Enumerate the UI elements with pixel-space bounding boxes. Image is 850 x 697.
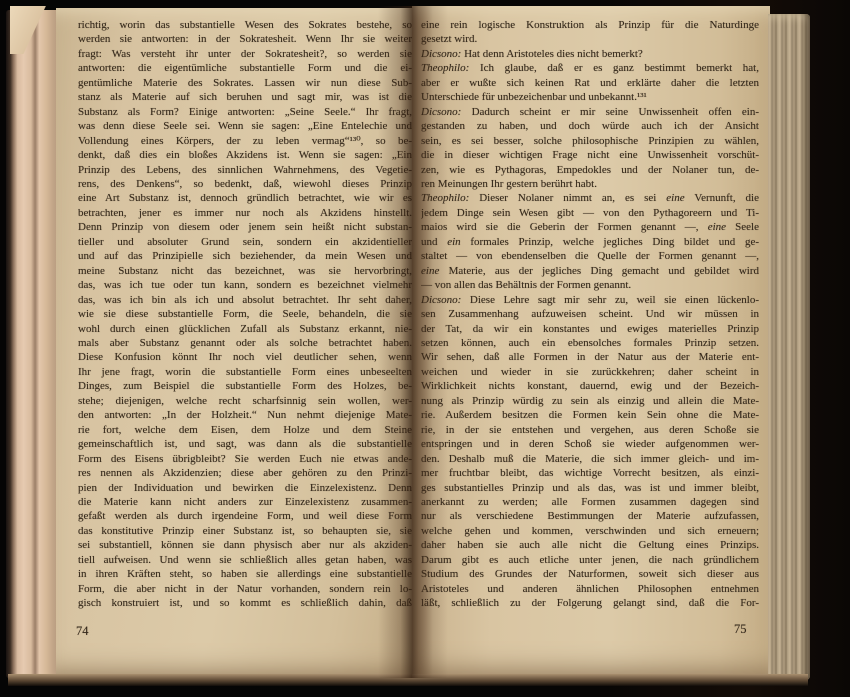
text-line: Dicsono: Diese Lehre sagt mir sehr zu, w… (421, 293, 759, 307)
bottom-page-edge (8, 674, 808, 686)
text-line: zen, wie es Pythagoras, Empedokles und d… (421, 163, 759, 177)
text-line: Dinges, zum Beispiel die substantielle F… (78, 379, 412, 393)
text-line: mer fruchtbar bleibt, das wichtige Vorre… (421, 466, 759, 480)
text-line: was denn diese Seele sei. Wenn sie sagen… (78, 119, 412, 133)
text-line: den. Deshalb muß die Materie, die sich i… (421, 452, 759, 466)
text-line: pien der Individuation und bewirken die … (78, 481, 412, 495)
text-line: fragt: Was versteht ihr unter der Sokrat… (78, 47, 412, 61)
text-line: anerkannt zu werden; alle Formen zusamme… (421, 495, 759, 509)
text-line: mals aber Substanz genannt oder als solc… (78, 336, 412, 350)
text-line: Darum gibt es auch etliche unter jenen, … (421, 553, 759, 567)
text-line: antworten: die eigentümliche substantiel… (78, 61, 412, 75)
text-line: rie. Außerdem besitzen die Formen kein S… (421, 408, 759, 422)
text-line: res nennen als Akzidenzien; diese aber g… (78, 466, 412, 480)
text-line: ges substantielles Prinzip und als das, … (421, 481, 759, 495)
right-page: eine rein logische Konstruktion als Prin… (412, 6, 770, 676)
text-line: maios wird sie die Geberin der Formen ge… (421, 220, 759, 234)
text-line: entspringen und in deren Schoß sie wiede… (421, 437, 759, 451)
text-line: Vollendung eines Körpers, der zu leben v… (78, 134, 412, 148)
left-page: richtig, worin das substantielle Wesen d… (56, 8, 412, 676)
text-line: weichen und wieder in sie zurückkehren; … (421, 365, 759, 379)
text-line: rie, in der sie entstehen und vergehen, … (421, 423, 759, 437)
text-line: das konstitutive Prinzip einer Substanz … (78, 524, 412, 538)
text-line: Diese Konfusion könnt Ihr noch viel deut… (78, 350, 412, 364)
text-line: sei substantiell, können sie dann physis… (78, 538, 412, 552)
text-line: das, was ich bin als ich und absolut bet… (78, 293, 412, 307)
text-line: Theophilo: Dieser Nolaner nimmt an, es s… (421, 191, 759, 205)
text-line: meine Substanz nicht das bezeichnet, was… (78, 264, 412, 278)
text-line: Wirklichkeit nichts konstant, dauernd, e… (421, 379, 759, 393)
text-line: Prinzip des Lebens, des sinnlichen Wahrn… (78, 163, 412, 177)
text-line: gemeinschaftlich ist, und sagt, was dann… (78, 437, 412, 451)
text-line: Denn Prinzip von diesem oder jenem sein … (78, 220, 412, 234)
text-line: rie fort, welche dem Eisen, dem Holze un… (78, 423, 412, 437)
text-line: Studium des Grundes der Naturformen, sow… (421, 567, 759, 581)
text-line: werden sie antworten: in der Sokrateshei… (78, 32, 412, 46)
text-line: nur als verschiedene Bestimmungen der Ma… (421, 509, 759, 523)
right-page-number: 75 (734, 622, 747, 637)
text-line: läßt, schließlich zu der Folgerung gelan… (421, 596, 759, 610)
text-line: in ihren Kräften steht, so haben sie all… (78, 567, 412, 581)
text-line: und auf das Prinzipielle sich beziehende… (78, 249, 412, 263)
left-page-number: 74 (76, 624, 89, 639)
text-line: stehe; diejenigen, welche recht scharfsi… (78, 394, 412, 408)
text-line: gentümliche Materie des Sokrates. Lassen… (78, 76, 412, 90)
text-line: rens, des Denkens“, so bedenkt, daß, wie… (78, 177, 412, 191)
text-line: den antworten: „In der Holzheit.“ Nun ne… (78, 408, 412, 422)
text-line: sen Zusammenhang aufzuweisen scheint. Un… (421, 307, 759, 321)
text-line: nung als Prinzip würdig zu sein als einz… (421, 394, 759, 408)
text-line: stanz als Materie auf sich beruhen und s… (78, 90, 412, 104)
text-line: gestanden zu haben, und doch würde auch … (421, 119, 759, 133)
text-line: Substanz als Form? Einige antworten: „Se… (78, 105, 412, 119)
text-line: Unterschiede für unbezeichenbar und unbe… (421, 90, 759, 104)
text-line: Aristoteles und anderen ähnlichen Philos… (421, 582, 759, 596)
text-line: aber er wußte sich keinen Rat und erklär… (421, 76, 759, 90)
text-line: Dicsono: Dadurch scheint er mir seine Un… (421, 105, 759, 119)
text-line: tieller und absoluter Grund sein, sonder… (78, 235, 412, 249)
text-line: — von allen das Behältnis der Formen gen… (421, 278, 759, 292)
text-line: setzen können, auch ein ebensolches form… (421, 336, 759, 350)
fore-edge-pages (768, 14, 810, 680)
text-line: welche gehen und kommen, verschwinden un… (421, 524, 759, 538)
text-line: daher haben sie auch alle nicht die Gelt… (421, 538, 759, 552)
text-line: Form, die aber nicht in der Natur vorhan… (78, 582, 412, 596)
text-line: betrachten, jener es immer nur noch als … (78, 206, 412, 220)
text-line: die Materie kann nicht anders zur Einzel… (78, 495, 412, 509)
left-page-text: richtig, worin das substantielle Wesen d… (78, 18, 412, 614)
text-line: sein, es sei besser, solche philosophisc… (421, 134, 759, 148)
text-line: gefaßt werden als durch irgendeine Form,… (78, 509, 412, 523)
text-line: Form des Eisens übrigbleibt? Sie werden … (78, 452, 412, 466)
text-line: Dicsono: Hat denn Aristoteles dies nicht… (421, 47, 759, 61)
text-line: eine rein logische Konstruktion als Prin… (421, 18, 759, 32)
text-line: jedem Dinge sein Wesen gibt — von den Py… (421, 206, 759, 220)
book-photo: richtig, worin das substantielle Wesen d… (0, 0, 850, 697)
text-line: der Tat, da wir ein konstantes und ewige… (421, 322, 759, 336)
right-page-text: eine rein logische Konstruktion als Prin… (421, 18, 759, 614)
text-line: richtig, worin das substantielle Wesen d… (78, 18, 412, 32)
text-line: ren Meinungen Ihr gestern berührt habt. (421, 177, 759, 191)
text-line: die in dieser wichtigen Frage nicht eine… (421, 148, 759, 162)
text-line: Ihr jene fragt, worin die substantielle … (78, 365, 412, 379)
text-line: Wir sehen, daß alle Formen in der Natur … (421, 350, 759, 364)
text-line: staltet — von ebendenselben die Quelle d… (421, 249, 759, 263)
text-line: und ein formales Prinzip, welche jeglich… (421, 235, 759, 249)
text-line: eine Materie, aus der jegliches Ding gem… (421, 264, 759, 278)
text-line: das, was ich tue oder tun kann, sondern … (78, 278, 412, 292)
text-line: gisch konstruiert ist, und so kommt es s… (78, 596, 412, 610)
text-line: wohl durch einen glücklichen Zufall als … (78, 322, 412, 336)
text-line: wie sie diese substantielle Form, die Se… (78, 307, 412, 321)
text-line: tiell aufweisen. Und wenn sie schließlic… (78, 553, 412, 567)
text-line: gesetzt wird. (421, 32, 759, 46)
text-line: denkt, daß dies ein bloßes Akzidens ist.… (78, 148, 412, 162)
text-line: Theophilo: Ich glaube, daß er es ganz be… (421, 61, 759, 75)
left-page-stack-edge (6, 10, 58, 678)
text-line: eine Art Substanz ist, dennoch gründlich… (78, 191, 412, 205)
